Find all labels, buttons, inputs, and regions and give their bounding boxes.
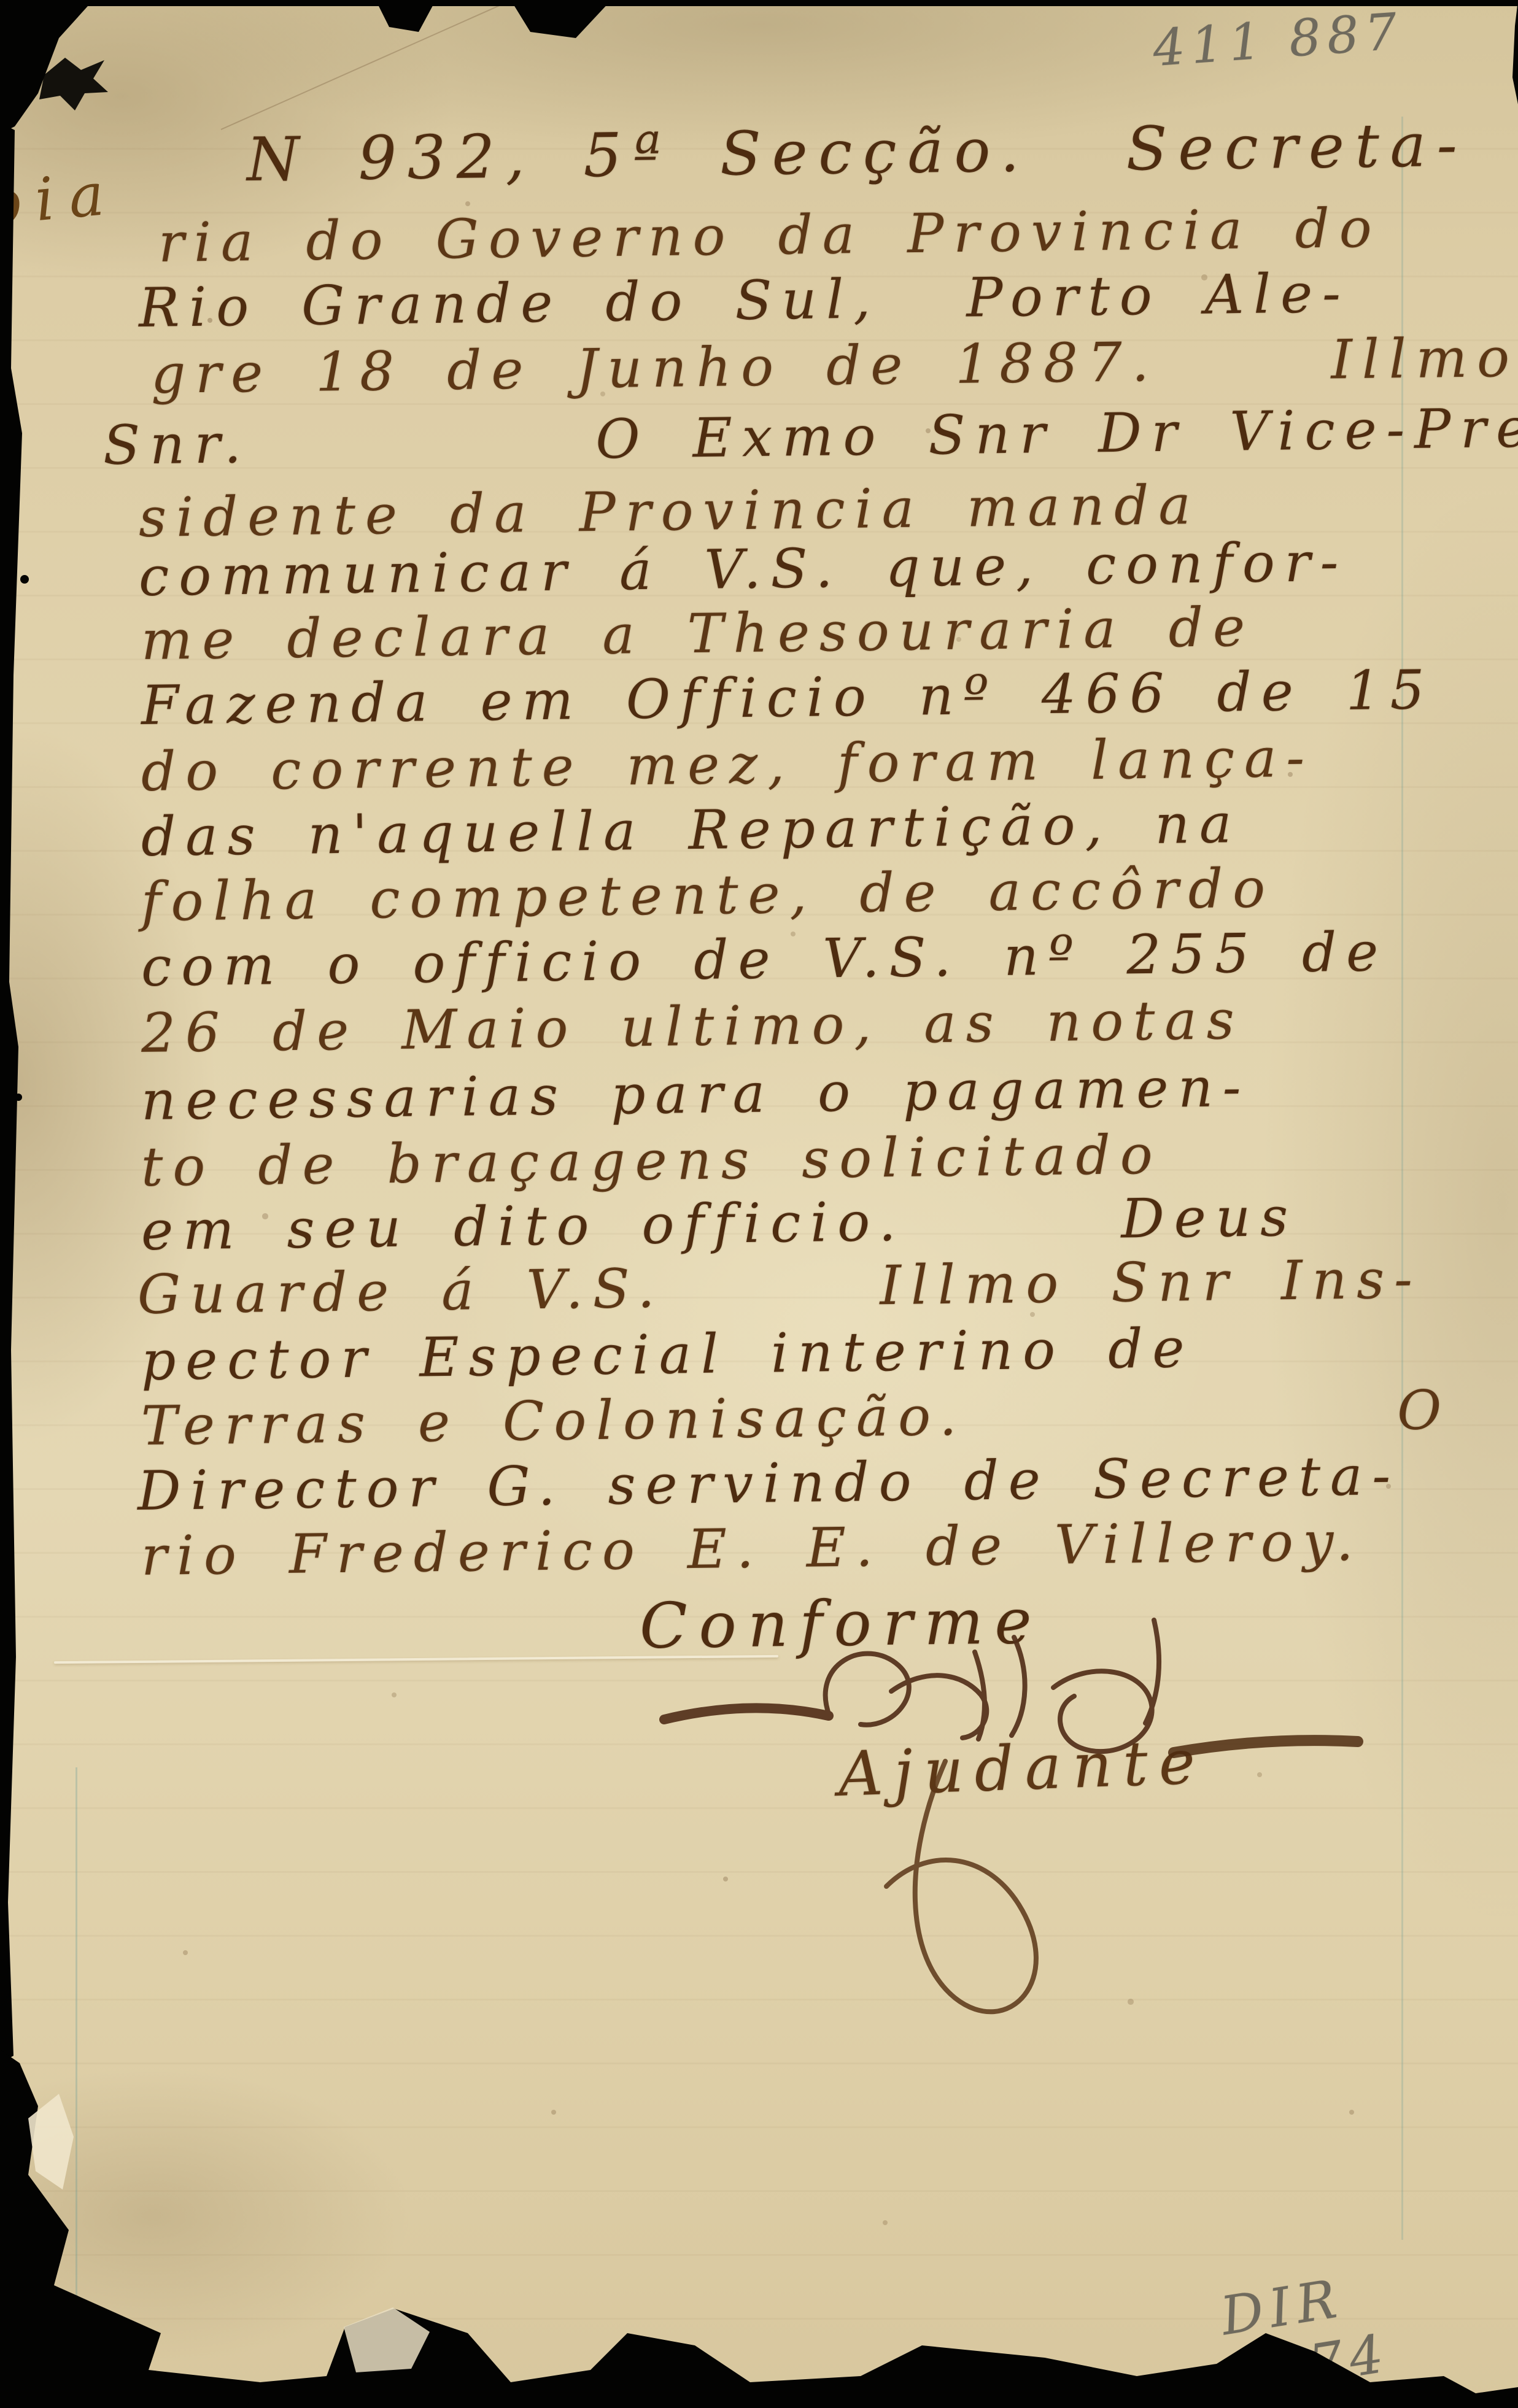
torn-corner-bottom-left [0,2050,260,2408]
torn-edge-top-tab1 [376,0,436,32]
scanned-document: 411 887 DIR 1574 pia N 932, 5ª Secção. S… [0,0,1518,2408]
torn-corner-top-left [0,0,93,134]
torn-edge-top-tab2 [511,0,611,38]
torn-edge-left [0,123,22,2063]
wormhole [15,1094,22,1101]
torn-edge-top [0,0,1518,6]
torn-edge-bottom [246,2309,1518,2408]
wormhole [20,575,29,584]
torn-edges [0,0,1518,2408]
torn-edge-right [1512,0,1518,104]
